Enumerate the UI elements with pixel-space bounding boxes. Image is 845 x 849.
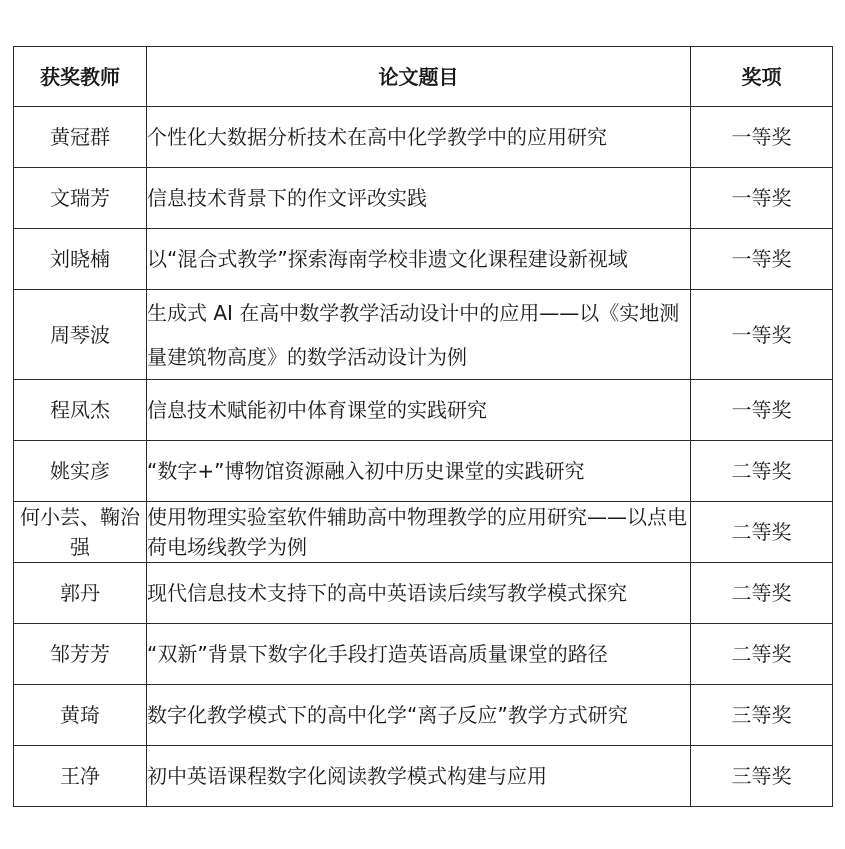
award-cell: 二等奖: [691, 502, 833, 563]
teacher-cell: 周琴波: [14, 290, 147, 380]
table-row: 姚实彦 “数字+”博物馆资源融入初中历史课堂的实践研究 二等奖: [14, 441, 833, 502]
award-cell: 二等奖: [691, 624, 833, 685]
teacher-cell: 王净: [14, 746, 147, 807]
title-cell: “双新”背景下数字化手段打造英语高质量课堂的路径: [147, 624, 691, 685]
table-row: 刘晓楠 以“混合式教学”探索海南学校非遗文化课程建设新视域 一等奖: [14, 229, 833, 290]
table-row: 郭丹 现代信息技术支持下的高中英语读后续写教学模式探究 二等奖: [14, 563, 833, 624]
teacher-cell: 何小芸、鞠治强: [14, 502, 147, 563]
table-row: 文瑞芳 信息技术背景下的作文评改实践 一等奖: [14, 168, 833, 229]
table-row: 黄冠群 个性化大数据分析技术在高中化学教学中的应用研究 一等奖: [14, 107, 833, 168]
title-cell: 生成式 AI 在高中数学教学活动设计中的应用——以《实地测量建筑物高度》的数学活…: [147, 290, 691, 380]
title-cell: 数字化教学模式下的高中化学“离子反应”教学方式研究: [147, 685, 691, 746]
teacher-cell: 郭丹: [14, 563, 147, 624]
title-cell: “数字+”博物馆资源融入初中历史课堂的实践研究: [147, 441, 691, 502]
award-cell: 二等奖: [691, 441, 833, 502]
teacher-cell: 程凤杰: [14, 380, 147, 441]
title-cell: 信息技术赋能初中体育课堂的实践研究: [147, 380, 691, 441]
teacher-cell: 刘晓楠: [14, 229, 147, 290]
header-award: 奖项: [691, 47, 833, 107]
award-cell: 一等奖: [691, 290, 833, 380]
teacher-cell: 文瑞芳: [14, 168, 147, 229]
award-cell: 二等奖: [691, 563, 833, 624]
teacher-cell: 黄琦: [14, 685, 147, 746]
table-row: 周琴波 生成式 AI 在高中数学教学活动设计中的应用——以《实地测量建筑物高度》…: [14, 290, 833, 380]
table-row: 邹芳芳 “双新”背景下数字化手段打造英语高质量课堂的路径 二等奖: [14, 624, 833, 685]
title-cell: 使用物理实验室软件辅助高中物理教学的应用研究——以点电荷电场线教学为例: [147, 502, 691, 563]
awards-table: 获奖教师 论文题目 奖项 黄冠群 个性化大数据分析技术在高中化学教学中的应用研究…: [13, 46, 833, 807]
table-row: 程凤杰 信息技术赋能初中体育课堂的实践研究 一等奖: [14, 380, 833, 441]
title-cell: 以“混合式教学”探索海南学校非遗文化课程建设新视域: [147, 229, 691, 290]
teacher-cell: 黄冠群: [14, 107, 147, 168]
award-cell: 一等奖: [691, 168, 833, 229]
title-cell: 信息技术背景下的作文评改实践: [147, 168, 691, 229]
title-cell: 个性化大数据分析技术在高中化学教学中的应用研究: [147, 107, 691, 168]
header-title: 论文题目: [147, 47, 691, 107]
award-cell: 一等奖: [691, 380, 833, 441]
header-teacher: 获奖教师: [14, 47, 147, 107]
table-row: 何小芸、鞠治强 使用物理实验室软件辅助高中物理教学的应用研究——以点电荷电场线教…: [14, 502, 833, 563]
award-cell: 三等奖: [691, 746, 833, 807]
table-row: 黄琦 数字化教学模式下的高中化学“离子反应”教学方式研究 三等奖: [14, 685, 833, 746]
title-cell: 现代信息技术支持下的高中英语读后续写教学模式探究: [147, 563, 691, 624]
teacher-cell: 邹芳芳: [14, 624, 147, 685]
table-header-row: 获奖教师 论文题目 奖项: [14, 47, 833, 107]
award-cell: 一等奖: [691, 229, 833, 290]
table-row: 王净 初中英语课程数字化阅读教学模式构建与应用 三等奖: [14, 746, 833, 807]
title-cell: 初中英语课程数字化阅读教学模式构建与应用: [147, 746, 691, 807]
award-cell: 一等奖: [691, 107, 833, 168]
teacher-cell: 姚实彦: [14, 441, 147, 502]
award-cell: 三等奖: [691, 685, 833, 746]
